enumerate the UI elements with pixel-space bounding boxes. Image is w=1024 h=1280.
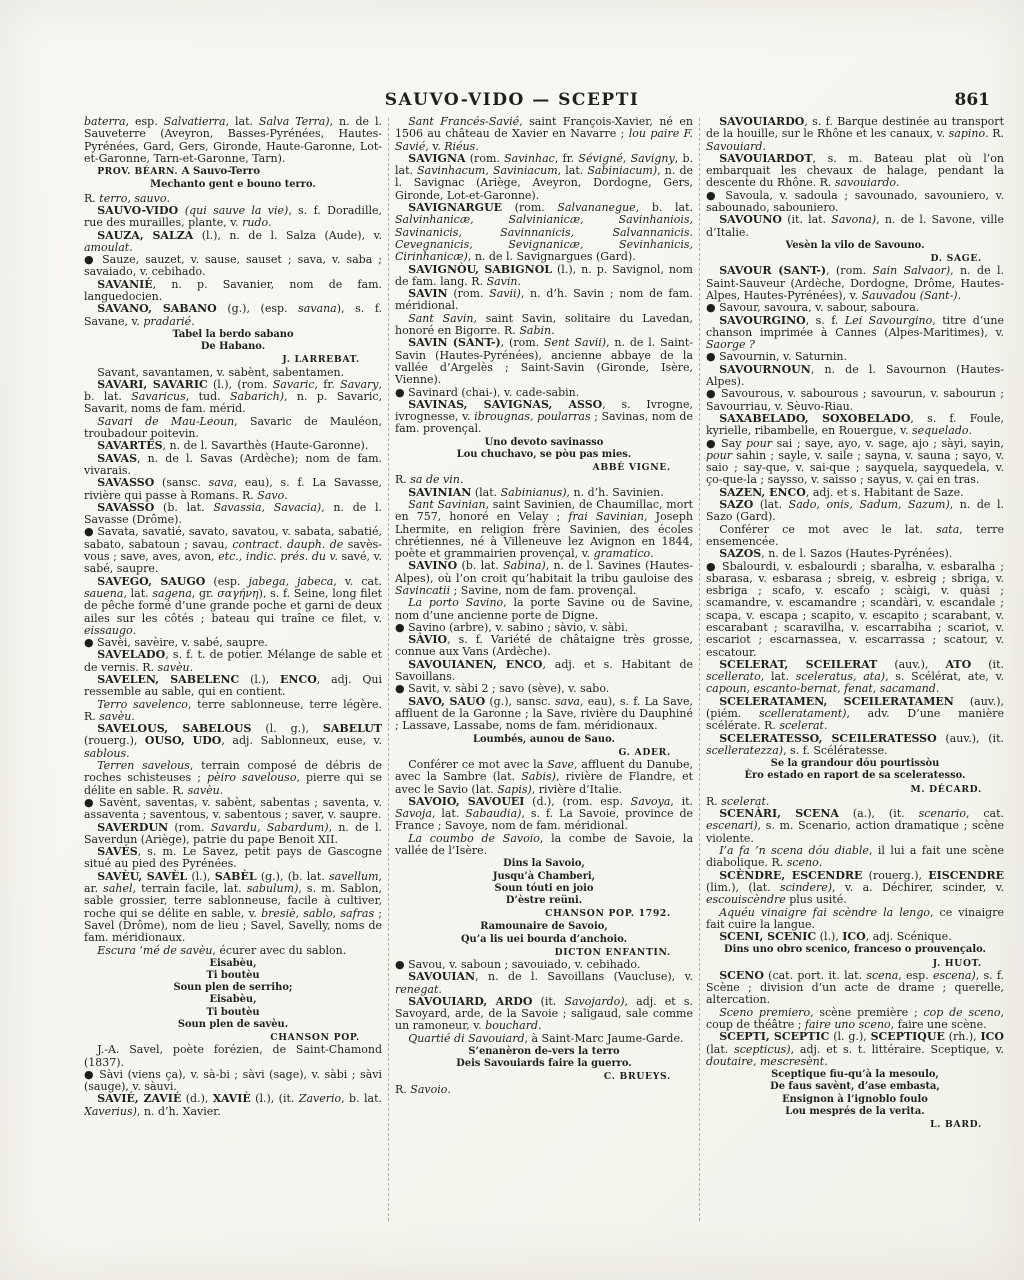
text-run: Loumbés, aunou de Sauo. <box>473 734 615 745</box>
text-run: R. <box>706 795 721 808</box>
text-run: La coumbo de Savoio <box>408 832 540 845</box>
text-run: cop de sceno <box>923 1006 1000 1019</box>
text-run: SCENI, SCENIC <box>719 930 816 943</box>
text-run: Sceno premiero <box>719 1006 810 1019</box>
text-run: DICTON ENFANTIN. <box>555 947 671 958</box>
entry-paragraph: SCELERATAMEN, SCEILERATAMEN (auv.), (pié… <box>706 696 1004 733</box>
text-run: SAVANO, SABANO <box>97 302 217 315</box>
text-run: sa de vin <box>410 473 460 486</box>
text-run: scellerato <box>706 670 761 683</box>
entry-paragraph: SAUZA, SALZA (l.), n. de l. Salza (Aude)… <box>84 230 382 255</box>
attribution: CHANSON POP. 1792. <box>395 908 693 920</box>
text-run: ● Savèi, savèire, v. sabé, saupre. <box>84 636 268 649</box>
text-run: scelerat <box>721 795 766 808</box>
text-run: Tabel la berdo sabano <box>172 329 293 340</box>
text-run: sceleratus, ata) <box>796 670 885 683</box>
verse-line: S’enanèron de-vers la terro <box>395 1046 693 1058</box>
text-run: Riéus <box>444 140 475 153</box>
text-run: SAZOS <box>719 547 761 560</box>
text-run: . <box>190 661 194 674</box>
text-run: Savincatii <box>395 584 450 597</box>
text-run: sabulum) <box>247 882 299 895</box>
text-run: , it. <box>670 795 693 808</box>
text-run: Uno devoto savinasso <box>485 437 604 448</box>
text-run: Soun tóuti en joio <box>495 883 594 894</box>
entry-paragraph: SAVOUR (SANT-), (rom. Sain Salvaor), n. … <box>706 265 1004 302</box>
text-run: (it. <box>532 995 564 1008</box>
text-run: Sant Savin <box>408 312 473 325</box>
text-run: ● Sàvi (viens ça), v. sà-bi ; sàvi (sage… <box>84 1068 382 1093</box>
text-run: . <box>131 710 135 723</box>
text-run: (it. <box>971 658 1004 671</box>
entry-paragraph: SAVO, SAUO (g.), sansc. sava, eau), s. f… <box>395 696 693 733</box>
entry-paragraph: SAXABELADO, SOXOBELADO, s. f. Foule, kyr… <box>706 413 1004 438</box>
text-run: frai Savinian <box>568 510 644 523</box>
text-run: J. HUOT. <box>933 958 982 969</box>
text-run: Lou chuchavo, se pòu pas mies. <box>457 449 631 460</box>
text-run: Savoio <box>410 1083 447 1096</box>
text-run: savèu <box>158 661 190 674</box>
text-run: Sent Savii) <box>544 336 606 349</box>
text-run: (l.), <box>239 673 280 686</box>
entry-paragraph: SAVIGNÒU, SABIGNOL (l.), n. p. Savignol,… <box>395 264 693 289</box>
verse-line: Sceptique fiu-qu’à la mesoulo, <box>706 1069 1004 1081</box>
text-run: Jusqu’à Chamberi, <box>493 871 595 882</box>
text-run: . <box>129 241 133 254</box>
text-run: . <box>538 1019 542 1032</box>
text-run: SAVINAS, SAVIGNAS, ASSO <box>408 398 602 411</box>
entry-paragraph: SAVOUNO (it. lat. Savona), n. de l. Savo… <box>706 214 1004 239</box>
entry-paragraph: ● Savourous, v. sabourous ; savourun, v.… <box>706 388 1004 413</box>
verse-line: Eisabèu, <box>84 958 382 970</box>
text-run: Xaverius) <box>84 1105 137 1118</box>
text-run: Savardu, Sabardum) <box>211 821 329 834</box>
text-run: Sabarich) <box>230 390 284 403</box>
text-run: , adj. Sablonneux, euse, v. <box>221 734 382 747</box>
verse-block: Vesèn la vilo de Savouno. <box>706 240 1004 252</box>
text-run: sai ; saye, ayo, v. sage, ajo ; sàyi, sa… <box>772 437 1004 450</box>
text-run: (g.), (b. lat. <box>257 870 329 883</box>
entry-paragraph: SCÈNDRE, ESCENDRE (rouerg.), EISCENDRE (… <box>706 870 1004 907</box>
text-run: Mechanto gent e bouno terro. <box>150 179 316 190</box>
entry-paragraph: SAVASSO (b. lat. Savassia, Savacia), n. … <box>84 502 382 527</box>
text-run: , à Saint-Marc Jaume-Garde. <box>525 1032 684 1045</box>
text-run: SAVOUNO <box>719 213 782 226</box>
text-run: escenari) <box>706 819 758 832</box>
text-run: Qu’a lis uei bourda d’anchoio. <box>461 934 627 945</box>
entry-paragraph: SAVERDUN (rom. Savardu, Sabardum), n. de… <box>84 822 382 847</box>
entry-paragraph: SAVÉS, s. m. Le Savez, petit pays de Gas… <box>84 846 382 871</box>
entry-paragraph: SAVOUIAN, n. de l. Savoillans (Vaucluse)… <box>395 971 693 996</box>
text-run: escouiscèndre <box>706 893 786 906</box>
text-run: SAUVO-VIDO <box>97 204 185 217</box>
text-run: SCELERATESSO, SCEILERATESSO <box>719 732 937 745</box>
text-run: , lat. <box>558 164 588 177</box>
text-run: . <box>766 795 770 808</box>
text-run: SAVASSO <box>97 476 154 489</box>
text-run: . <box>191 315 195 328</box>
text-run: pour <box>706 449 732 462</box>
text-run: Savari de Mau-Leoun <box>97 415 234 428</box>
text-run: Soun plen de savèu. <box>178 1019 288 1030</box>
text-run: SAVELADO <box>97 648 165 661</box>
text-run: La porto Savino <box>408 596 503 609</box>
text-run: contract. dauph. de <box>232 538 343 551</box>
text-run: Savojardo) <box>564 995 624 1008</box>
text-run: Sabin <box>519 324 551 337</box>
text-run: ENCO <box>280 673 317 686</box>
text-run: SAVARI, SAVARIC <box>97 378 208 391</box>
entry-paragraph: SAVINO (b. lat. Sabina), n. de l. Savine… <box>395 560 693 597</box>
text-run: , fr. <box>555 152 579 165</box>
text-run: , scène première ; <box>810 1006 923 1019</box>
text-run: G. ADER. <box>618 747 670 758</box>
text-run: ● Sbalourdi, v. esbalourdi ; sbaralha, v… <box>706 560 1004 659</box>
text-run: (g.), sansc. <box>485 695 555 708</box>
entry-paragraph: SAVIGNARGUE (rom. Salvananegue, b. lat. … <box>395 202 693 263</box>
text-run: Sapis) <box>497 783 532 796</box>
entry-paragraph: SAVOURNOUN, n. de l. Savournon (Hautes-A… <box>706 364 1004 389</box>
text-run: SCEPTIQUE <box>871 1030 945 1043</box>
text-run: pour <box>746 437 772 450</box>
text-run: (lim.), (lat. <box>706 881 780 894</box>
text-run: SAVOURNOUN <box>719 363 811 376</box>
verse-line: De faus savènt, d’ase embasta, <box>706 1081 1004 1093</box>
text-run: . <box>958 289 962 302</box>
text-run: SAVOUR (SANT-) <box>719 264 826 277</box>
text-run: (auv.), (it. <box>937 732 1004 745</box>
verse-block: Loumbés, aunou de Sauo. <box>395 734 693 746</box>
text-run: (l. g.), <box>251 722 323 735</box>
text-run: (l.), (rom. <box>208 378 273 391</box>
verse-line: De Habano. <box>84 341 382 353</box>
verse-line: Mechanto gent e bouno terro. <box>84 179 382 191</box>
text-run: . <box>460 473 464 486</box>
text-run: (lat. <box>706 1043 734 1056</box>
text-run: (g.), (esp. <box>217 302 298 315</box>
text-run: De Habano. <box>201 341 265 352</box>
text-run: (esp. <box>205 575 248 588</box>
text-run: . <box>133 624 137 637</box>
verse-line: Ti boutèu <box>84 970 382 982</box>
text-run: (rom. <box>448 287 490 300</box>
text-run: , adj. Scénique. <box>866 930 952 943</box>
text-run: (cat. port. it. lat. <box>764 969 866 982</box>
text-run: Se la grandour dóu pourtissòu <box>771 758 940 769</box>
entry-paragraph: ● Savoula, v. sadoula ; savounado, savou… <box>706 190 1004 215</box>
entry-paragraph: SAVOURGINO, s. f. Lei Savourgino, titre … <box>706 315 1004 352</box>
text-run: plus usité. <box>786 893 847 906</box>
text-run: Savii) <box>489 287 521 300</box>
text-run: Savo <box>257 489 284 502</box>
text-run: SAVEGO, SAUGO <box>97 575 205 588</box>
text-run: , adj. et s. t. littéraire. Sceptique, v… <box>791 1043 1004 1056</box>
text-run: SAVOUIARDOT <box>719 152 812 165</box>
entry-paragraph: ● Sbalourdi, v. esbalourdi ; sbaralha, v… <box>706 561 1004 659</box>
verse-line: Eisabèu, <box>84 994 382 1006</box>
text-run: , (rom. <box>501 336 544 349</box>
text-run: Sauvadou (Sant-) <box>862 289 958 302</box>
text-run: baterra <box>84 116 126 128</box>
text-run: J. LARREBAT. <box>282 354 360 365</box>
text-run: savèu <box>99 710 131 723</box>
text-run: (l.), <box>187 870 215 883</box>
text-run: eissaugo <box>84 624 133 637</box>
text-run: SABÈL <box>215 870 257 883</box>
text-run: SCEPTI, SCEPTIC <box>719 1030 829 1043</box>
text-run: Savassia, Savacia) <box>213 501 321 514</box>
text-run: Zaverio <box>299 1092 341 1105</box>
text-run: . <box>896 176 900 189</box>
text-run: R. <box>395 473 410 486</box>
entry-paragraph: I’a fa ’n scena dóu diable, il lui a fai… <box>706 845 1004 870</box>
entry-paragraph: SAZO (lat. Sado, onis, Sadum, Sazum), n.… <box>706 499 1004 524</box>
text-run: scelleratament) <box>759 707 846 720</box>
text-run: Savaricus <box>131 390 186 403</box>
text-run: D’èstre reüni. <box>506 895 582 906</box>
text-run: . <box>824 719 828 732</box>
text-run: , s. f. Scélératesse. <box>783 744 888 757</box>
entry-paragraph: SAVIGNA (rom. Savinhac, fr. Sévigné, Sav… <box>395 153 693 202</box>
text-run: , terrain facile, lat. <box>133 882 247 895</box>
text-run: Eisabèu, <box>209 958 256 969</box>
verse-line: Qu’a lis uei bourda d’anchoio. <box>395 934 693 946</box>
text-run: Sévigné, Savigny <box>578 152 674 165</box>
text-run: Dins la Savoio, <box>503 858 585 869</box>
text-run: De faus savènt, d’ase embasta, <box>770 1081 940 1092</box>
text-run: , lat. <box>761 670 796 683</box>
text-run: scelerat <box>779 719 824 732</box>
text-run: ● Savoula, v. sadoula ; savounado, savou… <box>706 189 1004 214</box>
text-run: Savinhac <box>504 152 555 165</box>
text-run: Sain Salvaor) <box>873 264 951 277</box>
text-run: CHANSON POP. <box>270 1032 360 1043</box>
text-run: SAVÈU, SAVÈL <box>97 870 187 883</box>
text-run: . <box>447 1083 451 1096</box>
text-run: SAVIN (SANT-) <box>408 336 500 349</box>
text-run: Soun plen de serriho; <box>173 982 292 993</box>
text-run: . <box>166 192 170 205</box>
text-run: Savoya <box>631 795 671 808</box>
verse-line: D’èstre reüni. <box>395 895 693 907</box>
text-run: sahel <box>103 882 132 895</box>
text-run: . <box>438 983 442 996</box>
text-run: SAVIÉ, ZAVIÉ <box>97 1092 181 1105</box>
text-run: , s. Scélérat, ate, v. <box>885 670 1004 683</box>
verse-line: Se la grandour dóu pourtissòu <box>706 758 1004 770</box>
text-run: Ensignon à l’ignoblo foulo <box>782 1094 928 1105</box>
page-header: SAUVO-VIDO — SCEPTI <box>0 90 1024 110</box>
entry-paragraph: SAVELOUS, SABELOUS (l. g.), SABELUT (rou… <box>84 723 382 760</box>
text-run: Salvananegue <box>557 201 635 214</box>
text-run: SABELUT <box>323 722 382 735</box>
text-run: , lat. <box>432 807 465 820</box>
entry-paragraph: SAUVO-VIDO (qui sauve la vie), s. f. Dor… <box>84 205 382 230</box>
text-run: SAVARTÉS <box>97 439 162 452</box>
text-run: R. <box>84 192 99 205</box>
text-run: sava <box>209 476 234 489</box>
text-run: . <box>126 747 130 760</box>
text-run: ICO <box>981 1030 1004 1043</box>
text-run: Lou mesprés de la verita. <box>785 1106 924 1117</box>
text-run: SAZEN, ENCO <box>719 486 806 499</box>
text-run: , v. a. Déchirer, scinder, v. <box>832 881 1004 894</box>
text-run: SÀVIO <box>408 633 447 646</box>
text-run: (rouerg.), <box>84 734 145 747</box>
text-run: (qui sauve la vie) <box>185 204 289 217</box>
attribution: L. BARD. <box>706 1119 1004 1131</box>
text-run: , v. <box>425 140 444 153</box>
verse-line: Loumbés, aunou de Sauo. <box>395 734 693 746</box>
text-run: . <box>518 275 522 288</box>
entry-paragraph: baterra, esp. Salvatierra, lat. Salva Te… <box>84 116 382 165</box>
text-run: . R. <box>985 127 1004 140</box>
text-run: SAVÉS <box>97 845 138 858</box>
verse-block: S’enanèron de-vers la terroDeis Savouiar… <box>395 1046 693 1070</box>
verse-block: Ramounaire de Savoio,Qu’a lis uei bourda… <box>395 921 693 945</box>
text-run: . <box>824 1055 828 1068</box>
text-run: . <box>819 856 823 869</box>
text-run: , fr. <box>315 378 341 391</box>
text-run: , esp. <box>898 969 933 982</box>
text-run: ● Sauze, sauzet, v. sause, sauset ; sava… <box>84 253 382 278</box>
text-run: (a.), (it. <box>839 807 919 820</box>
text-run: Sabinianus) <box>501 486 567 499</box>
entry-paragraph: SAVOUIARDO, s. f. Barque destinée au tra… <box>706 116 1004 153</box>
text-run: SAVERDUN <box>97 821 168 834</box>
text-run: sablous <box>84 747 126 760</box>
text-run: SCELERAT, SCEILERAT <box>719 658 877 671</box>
verse-block: Dins uno obro scenico, franceso o prouve… <box>706 944 1004 956</box>
text-run: scindere) <box>780 881 832 894</box>
entry-paragraph: R. Savoio. <box>395 1084 693 1096</box>
entry-paragraph: SAVIN (rom. Savii), n. d’h. Savin ; nom … <box>395 288 693 313</box>
text-run: Salva Terra) <box>259 116 330 128</box>
text-run: (sansc. <box>154 476 208 489</box>
text-run: sagena <box>152 587 191 600</box>
entry-paragraph: SAVAS, n. de l. Savas (Ardèche); nom de … <box>84 453 382 478</box>
text-run: pèiro savelouso <box>207 771 296 784</box>
text-run: . <box>969 424 973 437</box>
entry-paragraph: SAVELADO, s. f. t. de potier. Mélange de… <box>84 649 382 674</box>
verse-block: Mechanto gent e bouno terro. <box>84 179 382 191</box>
text-run: Conférer ce mot avec le lat. <box>719 523 936 536</box>
text-run: , s. f. <box>806 314 845 327</box>
text-run: . <box>268 216 272 229</box>
text-run: , n. d’h. Savinien. <box>567 486 664 499</box>
text-run: Saorge ? <box>706 338 755 351</box>
text-run: Savaric <box>273 378 315 391</box>
verse-line: Ti boutèu <box>84 1007 382 1019</box>
entry-paragraph: ● Sauze, sauzet, v. sause, sauset ; sava… <box>84 254 382 279</box>
text-run: , n. de l. Savoillans (Vaucluse), v. <box>475 970 693 983</box>
text-run: amoulat <box>84 241 129 254</box>
text-run: (rouerg.), <box>862 869 928 882</box>
text-run: SAVOUIAN <box>408 970 475 983</box>
text-run: C. BRUEYS. <box>604 1071 671 1082</box>
text-run: Savary <box>340 378 378 391</box>
text-run: , b. lat. <box>636 201 693 214</box>
text-run: ● Savourous, v. sabourous ; savourun, v.… <box>706 387 1004 412</box>
text-run: ● Say <box>706 437 746 450</box>
text-run: Salvatierra <box>164 116 226 128</box>
text-run: ● Savino (arbre), v. sabino ; sàvio, v. … <box>395 621 628 634</box>
entry-paragraph: PROV. BÉARN. A Sauvo-Terro <box>84 165 382 178</box>
text-run: scepticus) <box>734 1043 790 1056</box>
text-run: SAVIN <box>408 287 447 300</box>
text-run: ; Savine, nom de fam. provençal. <box>450 584 636 597</box>
entry-paragraph: SCELERAT, SCEILERAT (auv.), ATO (it. sce… <box>706 659 1004 696</box>
column-2: Sant Francés-Savié, saint François-Xavie… <box>395 116 693 1251</box>
text-run: (rh.), <box>945 1030 981 1043</box>
text-run: doutaire, mescresènt <box>706 1055 824 1068</box>
text-run: ● Savit, v. sàbi 2 ; savo (sève), v. sab… <box>395 682 609 695</box>
verse-line: Lou mesprés de la verita. <box>706 1106 1004 1118</box>
verse-line: Ramounaire de Savoio, <box>395 921 693 933</box>
text-run: (b. lat. <box>154 501 213 514</box>
text-run: sequelado <box>912 424 969 437</box>
text-run: gramatico <box>594 547 651 560</box>
entry-paragraph: SCENO (cat. port. it. lat. scena, esp. e… <box>706 970 1004 1007</box>
text-run: . <box>551 324 555 337</box>
text-run: , v. cat. <box>333 575 382 588</box>
entry-paragraph: Terro savelenco, terre sablonneuse, terr… <box>84 699 382 724</box>
text-run: , faire une scène. <box>891 1018 987 1031</box>
text-run: Savant, savantamen, v. sabènt, sabentame… <box>97 366 344 379</box>
column-divider <box>699 118 700 1221</box>
text-run: Terren savelous <box>97 759 190 772</box>
page-number: 861 <box>955 90 991 110</box>
text-run: (rom. <box>502 201 557 214</box>
text-run: savèu <box>188 784 220 797</box>
entry-paragraph: SAVANO, SABANO (g.), (esp. savana), s. f… <box>84 303 382 328</box>
entry-paragraph: SAVÈU, SAVÈL (l.), SABÈL (g.), (b. lat. … <box>84 871 382 945</box>
text-run: , gr. <box>192 587 218 600</box>
text-run: CHANSON POP. 1792. <box>545 908 671 919</box>
text-run: L. BARD. <box>930 1119 982 1130</box>
text-run: . <box>220 784 224 797</box>
text-run: M. DÉCARD. <box>910 784 981 795</box>
text-run: Savoja <box>395 807 432 820</box>
text-run: SAVIGNÒU, SABIGNOL <box>408 263 552 276</box>
text-run: , lat. <box>226 116 259 128</box>
text-run: PROV. BÉARN. <box>97 166 178 177</box>
verse-line: Soun tóuti en joio <box>395 883 693 895</box>
text-run: SAXABELADO, SOXOBELADO <box>719 412 910 425</box>
text-run: ● Savour, savoura, v. sabour, saboura. <box>706 301 919 314</box>
verse-block: Uno devoto savinassoLou chuchavo, se pòu… <box>395 437 693 461</box>
text-run: , cat. <box>966 807 1004 820</box>
text-run: jabega, jabeca <box>248 575 333 588</box>
verse-line: Deis Savouiards faire la guerro. <box>395 1058 693 1070</box>
text-run: SAVIGNARGUE <box>408 201 502 214</box>
text-run: , tud. <box>186 390 230 403</box>
text-run: Ti boutèu <box>206 1007 259 1018</box>
entry-paragraph: Sant Savinian, saint Savinien, de Chaumi… <box>395 499 693 560</box>
text-run: Savin <box>487 275 518 288</box>
text-run: Sabiniacum) <box>587 164 657 177</box>
column-3: SAVOUIARDO, s. f. Barque destinée au tra… <box>706 116 1004 1251</box>
entry-paragraph: Escura ’mé de savèu, écurer avec du sabl… <box>84 945 382 957</box>
text-run: Ramounaire de Savoio, <box>480 921 608 932</box>
text-run: , adj. et s. Habitant de Saze. <box>806 486 964 499</box>
entry-paragraph: SAVEGO, SAUGO (esp. jabega, jabeca, v. c… <box>84 576 382 637</box>
entry-paragraph: Conférer ce mot avec la Save, affluent d… <box>395 759 693 796</box>
text-run: Quartié di Savouiard <box>408 1032 524 1045</box>
text-run: SAVOUIARD, ARDO <box>408 995 532 1008</box>
text-run: A Sauvo-Terro <box>178 165 260 177</box>
text-run: terro, sauvo <box>99 192 166 205</box>
